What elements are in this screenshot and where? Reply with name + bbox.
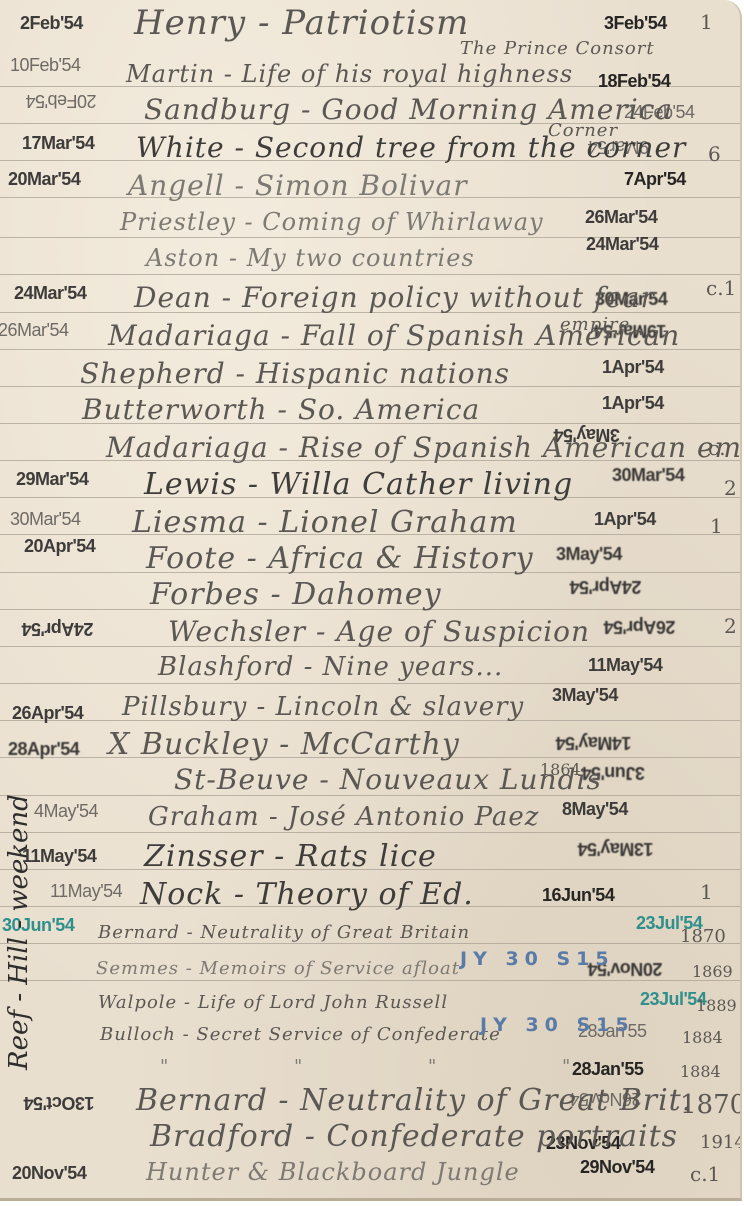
date-stamp: 11May'54 bbox=[588, 656, 662, 674]
date-stamp: 26Apr'54 bbox=[12, 704, 83, 722]
date-stamp: 24Apr'54 bbox=[570, 578, 641, 596]
entry-mark: 1870 bbox=[680, 1090, 742, 1120]
entry-mark: 1 bbox=[710, 514, 723, 538]
entry-text: Bulloch - Secret Service of Confederate bbox=[100, 1026, 501, 1044]
date-stamp: 20Apr'54 bbox=[24, 537, 95, 555]
blue-annotation: JY 30 S15 bbox=[460, 948, 615, 970]
date-stamp: 20Nov'54 bbox=[12, 1164, 86, 1182]
entry-text: Walpole - Life of Lord John Russell bbox=[98, 994, 448, 1012]
date-stamp: 1Apr'54 bbox=[602, 358, 664, 376]
date-stamp: 16Jun'54 bbox=[542, 886, 614, 904]
date-stamp: 24Mar'54 bbox=[586, 235, 658, 253]
entry-text: Wechsler - Age of Suspicion bbox=[168, 618, 590, 646]
date-stamp: 4May'54 bbox=[34, 802, 98, 820]
entry-text: empire bbox=[560, 316, 630, 334]
entry-text: Aston - My two countries bbox=[146, 246, 475, 270]
entry-text: Madariaga - Rise of Spanish American emp… bbox=[106, 434, 742, 462]
date-stamp: 29Mar'54 bbox=[16, 470, 88, 488]
date-stamp: 11May'54 bbox=[50, 882, 122, 900]
entry-text: Graham - José Antonio Paez bbox=[148, 804, 540, 830]
date-stamp: 18Feb'54 bbox=[598, 72, 670, 90]
date-stamp: 1Apr'54 bbox=[594, 510, 656, 528]
entry-text: Hunter & Blackboard Jungle bbox=[146, 1160, 520, 1184]
ruled-line bbox=[0, 980, 740, 981]
ruled-line bbox=[0, 683, 740, 684]
date-stamp: 2Feb'54 bbox=[20, 14, 83, 32]
ruled-line bbox=[0, 943, 740, 944]
entry-mark: 1869 bbox=[692, 962, 733, 981]
entry-text: Martin - Life of his royal highness bbox=[126, 62, 573, 86]
entry-text: Nock - Theory of Ed. bbox=[140, 880, 474, 910]
date-stamp: 14May'54 bbox=[556, 734, 631, 752]
date-stamp: 8May'54 bbox=[562, 800, 628, 818]
entry-text: Bradford - Confederate portraits bbox=[150, 1122, 678, 1152]
entry-text: Forbes - Dahomey bbox=[150, 580, 442, 610]
date-stamp: 10Feb'54 bbox=[10, 56, 81, 74]
entry-mark: 1864 bbox=[540, 760, 581, 779]
entry-mark: c. bbox=[708, 436, 726, 460]
entry-mark: 1889 bbox=[696, 996, 737, 1015]
entry-mark: 1 bbox=[700, 10, 713, 34]
entry-text: Shepherd - Hispanic nations bbox=[80, 360, 510, 388]
date-stamp: 28Apr'54 bbox=[8, 740, 79, 758]
entry-text: " " " " bbox=[160, 1058, 630, 1076]
ruled-line bbox=[0, 274, 740, 275]
entry-mark: c.1 bbox=[706, 276, 736, 300]
entry-mark: c.1 bbox=[690, 1162, 720, 1186]
date-stamp: 20Feb'54 bbox=[26, 92, 97, 110]
date-stamp: 24Apr'54 bbox=[22, 620, 93, 638]
date-stamp: 13Oct'54 bbox=[24, 1094, 94, 1112]
date-stamp: 3May'54 bbox=[552, 686, 618, 704]
entry-text: Dean - Foreign policy without fear bbox=[134, 284, 655, 312]
entry-mark: 2 bbox=[724, 476, 737, 500]
entry-text: Butterworth - So. America bbox=[82, 396, 480, 424]
blue-annotation: JY 30 S15 bbox=[480, 1014, 635, 1036]
entry-text: Blashford - Nine years... bbox=[158, 654, 503, 680]
date-stamp: 26Apr'54 bbox=[604, 618, 675, 636]
entry-text: St-Beuve - Nouveaux Lundis bbox=[174, 766, 602, 794]
entry-mark: 1870 bbox=[680, 926, 726, 947]
date-stamp: 3Feb'54 bbox=[604, 14, 667, 32]
entry-text: Bernard - Neutrality of Great Britain bbox=[98, 924, 470, 942]
date-stamp: 20Mar'54 bbox=[8, 170, 80, 188]
entry-text: Foote - Africa & History bbox=[146, 544, 534, 574]
date-stamp: 26Mar'54 bbox=[0, 321, 68, 339]
entry-mark: 2 bbox=[724, 614, 737, 638]
date-stamp: 30Mar'54 bbox=[612, 466, 684, 484]
library-card: 2Feb'54 10Feb'54 20Feb'54 17Mar'54 20Mar… bbox=[0, 0, 742, 1201]
date-stamp: 29Nov'54 bbox=[580, 1158, 654, 1176]
entry-text: Priestley - Coming of Whirlaway bbox=[120, 210, 544, 234]
entry-text: Henry - Patriotism bbox=[134, 6, 469, 40]
date-stamp: 13May'54 bbox=[578, 840, 653, 858]
entry-text: Pillsbury - Lincoln & slavery bbox=[122, 694, 524, 720]
date-stamp: 1Apr'54 bbox=[602, 394, 664, 412]
entry-text: Bernard - Neutrality of Great Brit. bbox=[136, 1086, 692, 1116]
date-stamp: 24Mar'54 bbox=[14, 284, 86, 302]
date-stamp: 17Mar'54 bbox=[22, 134, 94, 152]
entry-mark: 1884 bbox=[680, 1062, 721, 1081]
entry-mark: 1 bbox=[700, 880, 713, 904]
entry-text: Lewis - Willa Cather living bbox=[144, 470, 573, 500]
entry-text: Zinsser - Rats lice bbox=[144, 842, 437, 872]
entry-text: The Prince Consort bbox=[460, 40, 655, 58]
ruled-line bbox=[0, 832, 740, 833]
entry-mark: 1884 bbox=[682, 1028, 723, 1047]
entry-text: Liesma - Lionel Graham bbox=[132, 508, 518, 538]
entry-mark: 6 bbox=[708, 142, 721, 166]
entry-text: Semmes - Memoirs of Service afloat bbox=[96, 960, 460, 978]
date-stamp: 3May'54 bbox=[556, 545, 622, 563]
date-stamp: 7Apr'54 bbox=[624, 170, 686, 188]
margin-note: Reef - Hill - weekend bbox=[4, 794, 34, 1070]
entry-text: White - Second tree from the corner bbox=[136, 134, 686, 162]
entry-mark: 1914 bbox=[700, 1132, 742, 1153]
entry-text: X Buckley - McCarthy bbox=[108, 730, 460, 760]
entry-text: Angell - Simon Bolivar bbox=[128, 172, 468, 200]
date-stamp: 30Mar'54 bbox=[10, 510, 80, 528]
date-stamp: 26Mar'54 bbox=[585, 208, 657, 226]
